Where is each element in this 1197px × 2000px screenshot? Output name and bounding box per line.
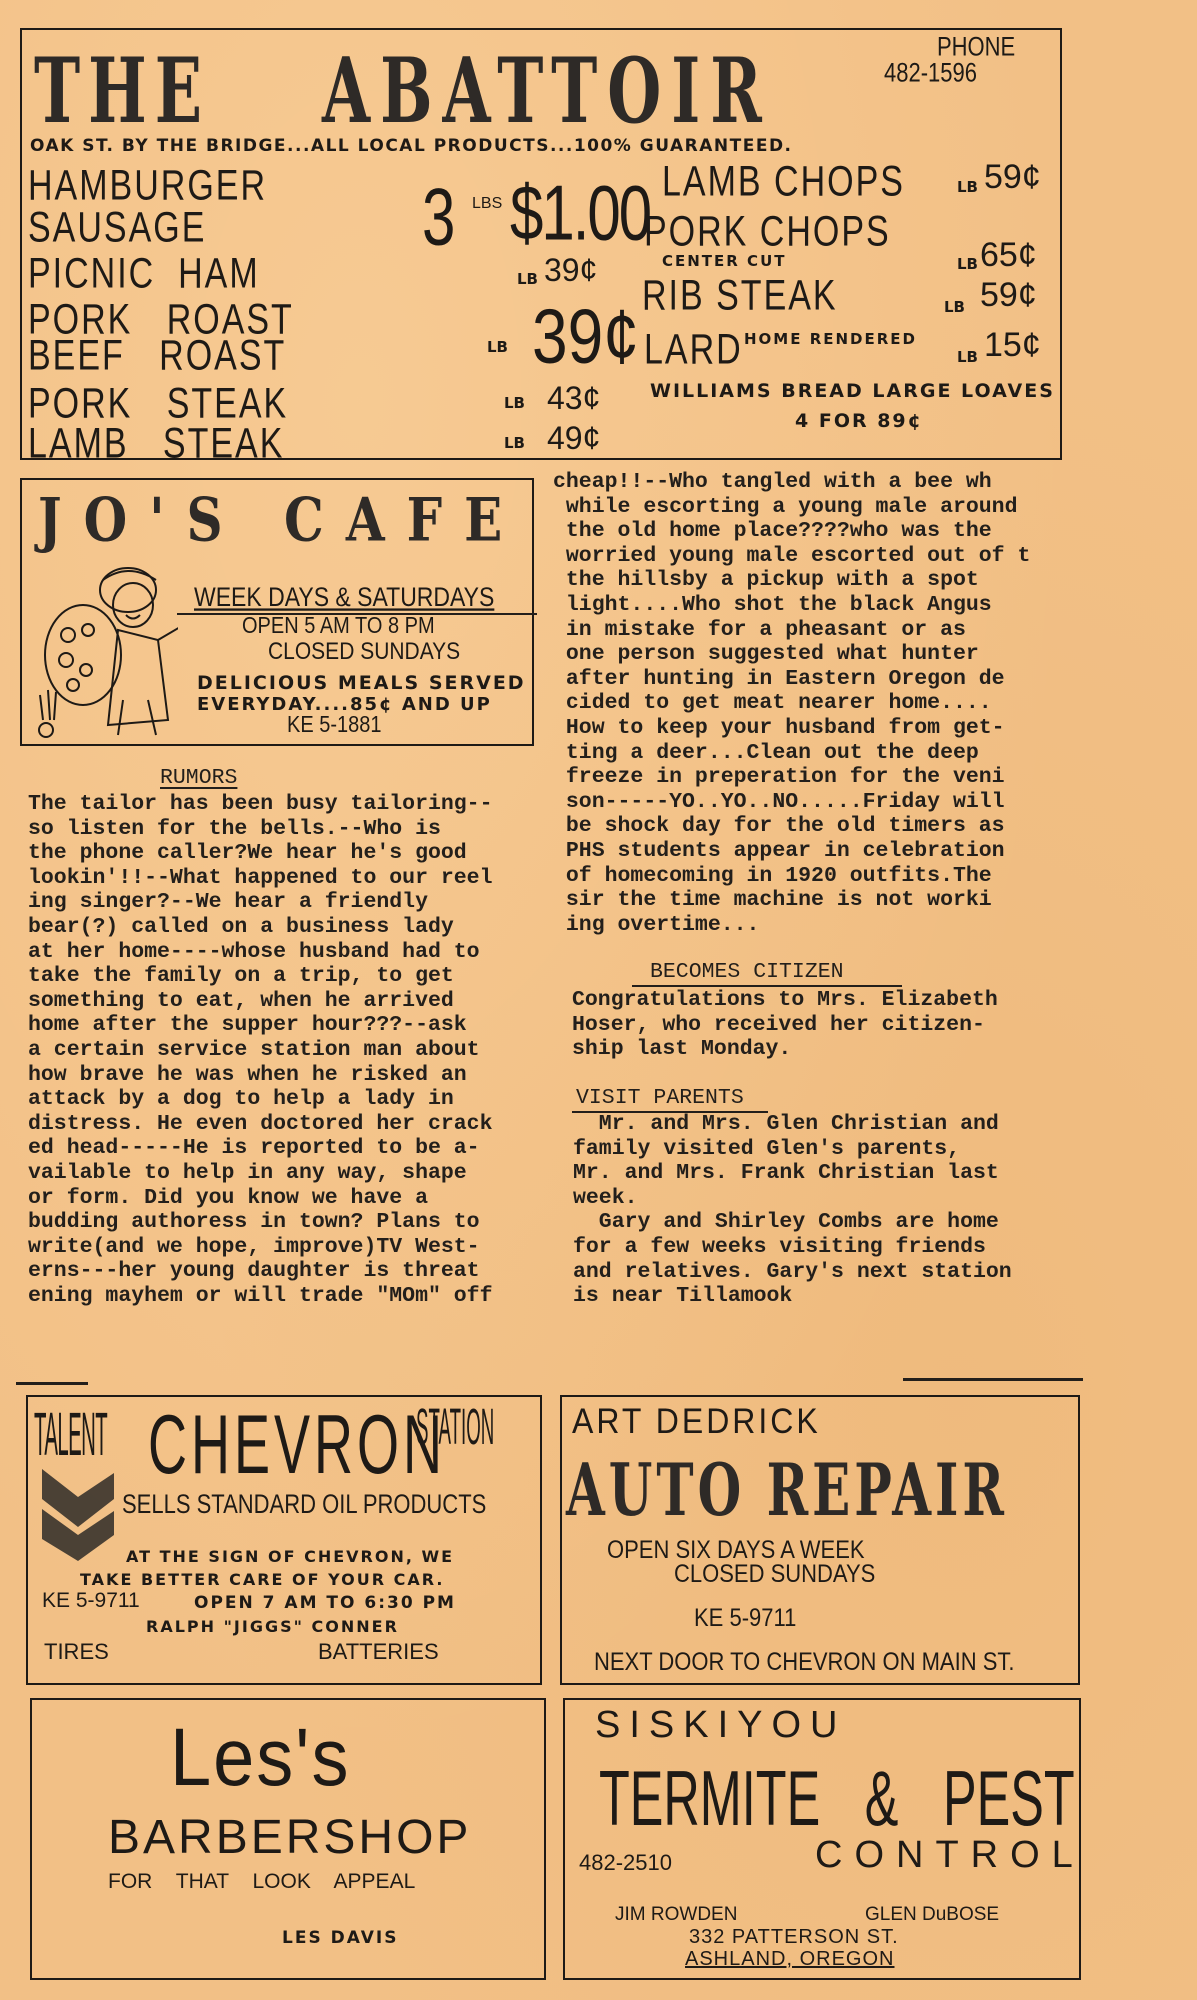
rumors-continued-column: cheap!!--Who tangled with a bee wh while… — [553, 470, 1030, 937]
chevron-sells: SELLS STANDARD OIL PRODUCTS — [122, 1489, 486, 1520]
item-picnic-ham: PICNIC HAM — [28, 250, 260, 299]
visit-line: Mr. and Mrs. Frank Christian last — [573, 1161, 1012, 1186]
visit-line: for a few weeks visiting friends — [573, 1235, 1012, 1260]
termite-title: TERMITE & PEST — [599, 1752, 1075, 1843]
rumors-line: attack by a dog to help a lady in — [28, 1087, 492, 1112]
chevron-title-suffix: STATION — [416, 1399, 494, 1458]
rumors-continued-line: ting a deer...Clean out the deep — [553, 741, 1030, 766]
price-lard: 15¢ — [984, 326, 1041, 365]
deal-unit: LBS — [472, 195, 502, 213]
rumors-column: The tailor has been busy tailoring-- so … — [28, 792, 492, 1308]
unit-pork-steak: LB — [504, 394, 525, 412]
chevron-phone: KE 5-9711 — [42, 1589, 140, 1613]
rumors-line: vailable to help in any way, shape — [28, 1161, 492, 1186]
divider-rule — [16, 1382, 88, 1385]
auto-repair-title: AUTO REPAIR — [566, 1447, 1008, 1533]
price-roasts: 39¢ — [532, 292, 639, 381]
divider-rule — [903, 1378, 1083, 1381]
cafe-phone: KE 5-1881 — [287, 712, 382, 738]
citizen-line: ship last Monday. — [572, 1037, 998, 1062]
rumors-continued-line: in mistake for a pheasant or as — [553, 618, 1030, 643]
rumors-line: erns---her young daughter is threat — [28, 1259, 492, 1284]
rumors-line: a certain service station man about — [28, 1038, 492, 1063]
rumors-continued-line: PHS students appear in celebration — [553, 839, 1030, 864]
termite-phone: 482-2510 — [579, 1850, 672, 1876]
rumors-line: ed head-----He is reported to be a- — [28, 1136, 492, 1161]
auto-repair-closed: CLOSED SUNDAYS — [674, 1559, 875, 1589]
deal-price: $1.00 — [510, 168, 650, 258]
rumors-continued-line: son-----YO..YO..NO.....Friday will — [553, 790, 1030, 815]
barbershop-name: Les's — [170, 1710, 350, 1804]
citizen-heading-rule — [632, 985, 902, 987]
barbershop-owner: LES DAVIS — [282, 1928, 398, 1948]
price-rib-steak: 59¢ — [980, 276, 1037, 315]
rumors-continued-line: cheap!!--Who tangled with a bee wh — [553, 470, 1030, 495]
unit-lard: LB — [957, 348, 978, 366]
rumors-continued-line: after hunting in Eastern Oregon de — [553, 667, 1030, 692]
visit-body: Mr. and Mrs. Glen Christian and family v… — [573, 1112, 1012, 1309]
note-center-cut: CENTER CUT — [662, 252, 786, 270]
termite-address1: 332 PATTERSON ST. — [689, 1926, 899, 1949]
visit-heading: VISIT PARENTS — [576, 1086, 744, 1111]
rumors-line: distress. He even doctored her crack — [28, 1112, 492, 1137]
auto-repair-phone: KE 5-9711 — [694, 1603, 796, 1633]
price-pork-steak: 43¢ — [547, 380, 600, 417]
cafe-meals-line1: DELICIOUS MEALS SERVED — [197, 672, 526, 694]
rumors-continued-line: How to keep your husband from get- — [553, 716, 1030, 741]
chevron-hours: OPEN 7 AM TO 6:30 PM — [194, 1593, 456, 1613]
termite-person2: GLEN DuBOSE — [865, 1904, 999, 1926]
item-lard: LARD — [644, 326, 743, 375]
unit-rib-steak: LB — [944, 298, 965, 316]
chevron-title-prefix: TALENT — [34, 1401, 107, 1471]
chevron-slogan-line2: TAKE BETTER CARE OF YOUR CAR. — [80, 1570, 444, 1589]
rumors-continued-line: one person suggested what hunter — [553, 642, 1030, 667]
rumors-continued-line: of homecoming in 1920 outfits.The — [553, 864, 1030, 889]
rumors-line: lookin'!!--What happened to our reel — [28, 866, 492, 891]
abattoir-tagline: OAK ST. BY THE BRIDGE...ALL LOCAL PRODUC… — [30, 136, 793, 156]
auto-repair-ad: ART DEDRICK AUTO REPAIR OPEN SIX DAYS A … — [560, 1395, 1080, 1685]
rumors-line: bear(?) called on a business lady — [28, 915, 492, 940]
rumors-line: how brave he was when he risked an — [28, 1063, 492, 1088]
rumors-continued-line: cided to get meat nearer home.... — [553, 691, 1030, 716]
deal-qty: 3 — [422, 170, 455, 263]
chevron-batteries: BATTERIES — [318, 1639, 439, 1665]
termite-subtitle: CONTROL — [815, 1834, 1085, 1877]
rumors-line: or form. Did you know we have a — [28, 1186, 492, 1211]
unit-roasts: LB — [487, 338, 508, 356]
rumors-continued-line: worried young male escorted out of t — [553, 544, 1030, 569]
citizen-line: Congratulations to Mrs. Elizabeth — [572, 988, 998, 1013]
price-lamb-steak: 49¢ — [547, 420, 600, 457]
auto-repair-location: NEXT DOOR TO CHEVRON ON MAIN ST. — [594, 1647, 1015, 1677]
item-beef-roast: BEEF ROAST — [28, 332, 286, 381]
price-picnic-ham: 39¢ — [544, 252, 597, 289]
visit-line: family visited Glen's parents, — [573, 1137, 1012, 1162]
chevron-station-ad: TALENT CHEVRON STATION SELLS STANDARD OI… — [26, 1395, 542, 1685]
cafe-closed: CLOSED SUNDAYS — [268, 638, 460, 666]
unit-lamb-chops: LB — [957, 178, 978, 196]
item-lamb-chops: LAMB CHOPS — [662, 158, 905, 207]
chevron-owner: RALPH "JIGGS" CONNER — [146, 1617, 399, 1636]
abattoir-title-the: THE — [34, 38, 210, 144]
bread-line2: 4 FOR 89¢ — [795, 410, 923, 432]
item-pork-chops: PORK CHOPS — [644, 208, 891, 257]
rumors-continued-line: the hillsby a pickup with a spot — [553, 568, 1030, 593]
rumors-continued-line: freeze in preperation for the veni — [553, 765, 1030, 790]
citizen-heading: BECOMES CITIZEN — [650, 960, 844, 985]
phone-number: 482-1596 — [884, 57, 977, 88]
rumors-continued-line: ing overtime... — [553, 913, 1030, 938]
termite-person1: JIM ROWDEN — [615, 1904, 737, 1926]
rumors-line: The tailor has been busy tailoring-- — [28, 792, 492, 817]
item-rib-steak: RIB STEAK — [642, 272, 838, 321]
rumors-continued-line: sir the time machine is not worki — [553, 888, 1030, 913]
rumors-line: write(and we hope, improve)TV West- — [28, 1235, 492, 1260]
termite-address2: ASHLAND, OREGON — [685, 1948, 894, 1971]
abattoir-ad: THE ABATTOIR PHONE 482-1596 OAK ST. BY T… — [20, 28, 1062, 460]
rumors-continued-line: light....Who shot the black Angus — [553, 593, 1030, 618]
rumors-line: home after the supper hour???--ask — [28, 1013, 492, 1038]
visit-line: Mr. and Mrs. Glen Christian and — [573, 1112, 1012, 1137]
chevron-slogan-line1: AT THE SIGN OF CHEVRON, WE — [126, 1547, 454, 1566]
bread-line1: WILLIAMS BREAD LARGE LOAVES — [650, 380, 1055, 402]
unit-picnic-ham: LB — [517, 270, 538, 288]
rumors-line: at her home----whose husband had to — [28, 940, 492, 965]
citizen-body: Congratulations to Mrs. Elizabeth Hoser,… — [572, 988, 998, 1062]
item-sausage: SAUSAGE — [28, 204, 206, 253]
unit-lamb-steak: LB — [504, 434, 525, 452]
rumors-line: the phone caller?We hear he's good — [28, 841, 492, 866]
rumors-continued-line: while escorting a young male around — [553, 495, 1030, 520]
citizen-line: Hoser, who received her citizen- — [572, 1013, 998, 1038]
rumors-continued-line: the old home place????who was the — [553, 519, 1030, 544]
termite-name: SISKIYOU — [595, 1704, 847, 1747]
barbershop-ad: Les's BARBERSHOP FOR THAT LOOK APPEAL LE… — [30, 1698, 546, 1980]
note-home-rendered: HOME RENDERED — [744, 330, 917, 348]
rumors-line: so listen for the bells.--Who is — [28, 817, 492, 842]
rumors-line: something to eat, when he arrived — [28, 989, 492, 1014]
chevron-logo-icon — [42, 1469, 114, 1561]
cafe-title: JO'S CAFE — [38, 484, 524, 555]
visit-line: week. — [573, 1186, 1012, 1211]
rumors-line: budding authoress in town? Plans to — [28, 1210, 492, 1235]
unit-pork-chops: LB — [957, 255, 978, 273]
visit-line: Gary and Shirley Combs are home — [573, 1210, 1012, 1235]
visit-line: is near Tillamook — [573, 1284, 1012, 1309]
price-lamb-chops: 59¢ — [984, 158, 1041, 197]
barbershop-title: BARBERSHOP — [108, 1810, 471, 1865]
item-lamb-steak: LAMB STEAK — [28, 420, 284, 469]
rumors-line: ing singer?--We hear a friendly — [28, 890, 492, 915]
jos-cafe-ad: JO'S CAFE WEEK DAYS & SATURDAYS OPEN 5 A… — [20, 478, 534, 746]
barbershop-slogan: FOR THAT LOOK APPEAL — [108, 1870, 415, 1894]
rumors-line: take the family on a trip, to get — [28, 964, 492, 989]
auto-repair-owner: ART DEDRICK — [572, 1401, 821, 1442]
cafe-hours: OPEN 5 AM TO 8 PM — [242, 613, 435, 639]
price-pork-chops: 65¢ — [980, 236, 1037, 275]
painter-illustration-icon — [28, 560, 178, 740]
visit-line: and relatives. Gary's next station — [573, 1260, 1012, 1285]
cafe-hours-heading: WEEK DAYS & SATURDAYS — [194, 582, 494, 613]
rumors-line: ening mayhem or will trade "MOm" off — [28, 1284, 492, 1309]
rumors-heading: RUMORS — [160, 766, 237, 791]
chevron-title-main: CHEVRON — [148, 1397, 446, 1493]
termite-pest-control-ad: SISKIYOU TERMITE & PEST 482-2510 CONTROL… — [563, 1698, 1081, 1980]
abattoir-title-main: ABATTOIR — [322, 38, 772, 144]
chevron-tires: TIRES — [44, 1639, 109, 1665]
rumors-continued-line: be shock day for the old timers as — [553, 814, 1030, 839]
